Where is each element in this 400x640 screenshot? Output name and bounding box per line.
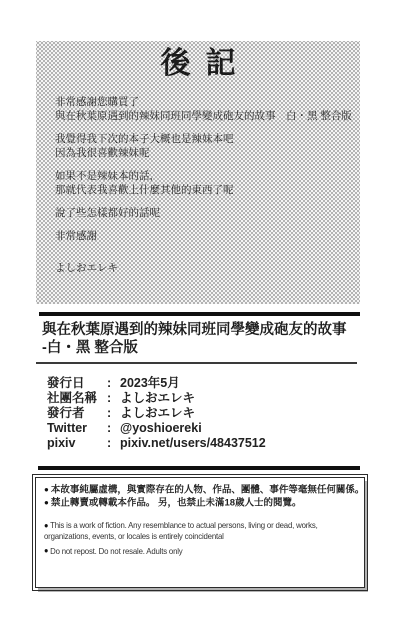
afterword-blank-line	[55, 123, 356, 132]
bullet-icon: ●	[44, 498, 49, 507]
title-underline	[36, 362, 357, 364]
release-row: 社團名稱:よしおエレキ	[47, 391, 266, 406]
release-value: 2023年5月	[120, 376, 180, 391]
disclaimer-en-item: ●This is a work of fiction. Any resembla…	[44, 520, 356, 542]
disclaimer-en-group: ●This is a work of fiction. Any resembla…	[44, 520, 356, 557]
afterword-line: 與在秋葉原遇到的辣妹同班同學變成砲友的故事 白・黑 整合版	[55, 109, 356, 123]
disclaimer-en-item: ●Do not repost. Do not resale. Adults on…	[44, 546, 356, 557]
disclaimer-zh-item: ●禁止轉賣或轉載本作品。 另，也禁止未滿18歲人士的閱覽。	[44, 497, 356, 510]
afterword-line: 非常感謝	[55, 229, 356, 243]
afterword-panel: 後記 非常感謝您購買了與在秋葉原遇到的辣妹同班同學變成砲友的故事 白・黑 整合版…	[36, 41, 360, 304]
release-label: Twitter	[47, 421, 107, 436]
disclaimer-box: ●本故事純屬虛構，與實際存在的人物、作品、團體、事件等毫無任何關係。●禁止轉賣或…	[35, 477, 365, 588]
release-colon: :	[107, 376, 120, 391]
afterword-lines: 非常感謝您購買了與在秋葉原遇到的辣妹同班同學變成砲友的故事 白・黑 整合版我覺得…	[55, 95, 356, 275]
disclaimer-text-line: ●This is a work of fiction. Any resembla…	[44, 520, 331, 531]
divider-top	[39, 312, 360, 316]
disclaimer-text-line: ●Do not repost. Do not resale. Adults on…	[44, 546, 331, 557]
release-colon: :	[107, 406, 120, 421]
release-row: pixiv:pixiv.net/users/48437512	[47, 436, 266, 451]
release-label: 社團名稱	[47, 391, 107, 406]
release-value: @yoshioereki	[120, 421, 202, 436]
release-label: 發行者	[47, 406, 107, 421]
afterword-heading: 後記	[36, 47, 360, 81]
disclaimer-zh-group: ●本故事純屬虛構，與實際存在的人物、作品、團體、事件等毫無任何關係。●禁止轉賣或…	[44, 484, 356, 510]
afterword-line: 那就代表我喜歡上什麼其他的東西了呢	[55, 183, 356, 197]
bullet-icon: ●	[44, 521, 48, 530]
disclaimer-text: Do not repost. Do not resale. Adults onl…	[50, 546, 182, 556]
release-label: 發行日	[47, 376, 107, 391]
disclaimer-text: 本故事純屬虛構，與實際存在的人物、作品、團體、事件等毫無任何關係。	[51, 485, 365, 496]
afterword-line: 非常感謝您購買了	[55, 95, 356, 109]
scanned-afterword-page: 後記 非常感謝您購買了與在秋葉原遇到的辣妹同班同學變成砲友的故事 白・黑 整合版…	[0, 0, 400, 640]
afterword-line: 我覺得我下次的本子大概也是辣妹本吧	[55, 132, 356, 146]
book-title-line2: -白・黑 整合版	[42, 339, 372, 357]
book-title-line1: 與在秋葉原遇到的辣妹同班同學變成砲友的故事	[42, 321, 372, 339]
release-colon: :	[107, 436, 120, 451]
release-label: pixiv	[47, 436, 107, 451]
release-value: よしおエレキ	[120, 391, 195, 406]
disclaimer-text: 禁止轉賣或轉載本作品。 另，也禁止未滿18歲人士的閱覽。	[51, 498, 302, 509]
afterword-blank-line	[55, 160, 356, 169]
afterword-blank-line	[55, 252, 356, 261]
afterword-line: 因為我很喜歡辣妹呢	[55, 146, 356, 160]
release-row: 發行日:2023年5月	[47, 376, 266, 391]
release-colon: :	[107, 421, 120, 436]
afterword-line: 說了些怎樣都好的話呢	[55, 206, 356, 220]
release-value: よしおエレキ	[120, 406, 195, 421]
disclaimer-text-line: organizations, events, or locales is ent…	[44, 531, 331, 542]
disclaimer-zh-item: ●本故事純屬虛構，與實際存在的人物、作品、團體、事件等毫無任何關係。	[44, 484, 356, 497]
bullet-icon: ●	[44, 546, 48, 555]
release-row: Twitter:@yoshioereki	[47, 421, 266, 436]
release-row: 發行者:よしおエレキ	[47, 406, 266, 421]
release-colon: :	[107, 391, 120, 406]
release-value: pixiv.net/users/48437512	[120, 436, 266, 451]
afterword-line: よしおエレキ	[55, 261, 356, 275]
release-info: 發行日:2023年5月社團名稱:よしおエレキ發行者:よしおエレキTwitter:…	[47, 376, 266, 451]
afterword-blank-line	[55, 243, 356, 252]
divider-bottom	[38, 466, 360, 470]
afterword-blank-line	[55, 220, 356, 229]
afterword-blank-line	[55, 197, 356, 206]
disclaimer-text: This is a work of fiction. Any resemblan…	[50, 520, 318, 530]
afterword-line: 如果不是辣妹本的話，	[55, 169, 356, 183]
bullet-icon: ●	[44, 485, 49, 494]
